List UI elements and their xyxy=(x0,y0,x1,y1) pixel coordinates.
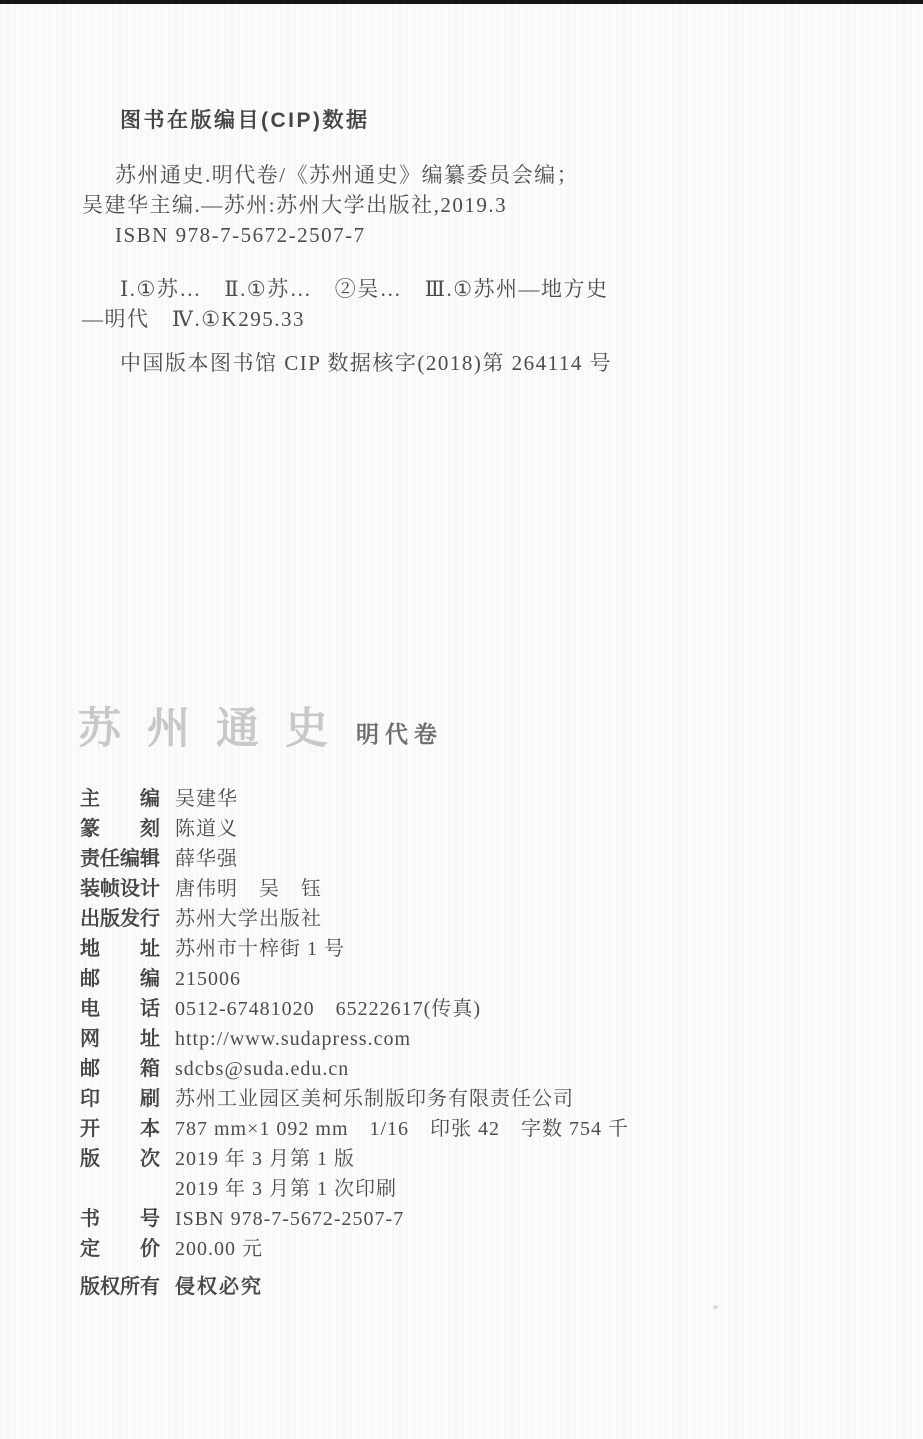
cip-entry-line: 苏州通史.明代卷/《苏州通史》编纂委员会编； xyxy=(82,160,722,190)
row-label: 篆 刻 xyxy=(80,816,175,842)
cip-entry-line: 吴建华主编.—苏州:苏州大学出版社,2019.3 xyxy=(82,190,722,220)
copyright-notice: 版权所有 侵权必究 xyxy=(80,1274,800,1304)
page-top-edge xyxy=(0,0,923,4)
row-label: 地 址 xyxy=(80,936,175,962)
cip-record-number: 中国版本图书馆 CIP 数据核字(2018)第 264114 号 xyxy=(120,348,722,378)
cip-entry: 苏州通史.明代卷/《苏州通史》编纂委员会编； 吴建华主编.—苏州:苏州大学出版社… xyxy=(82,160,722,250)
row-label: 责任编辑 xyxy=(80,846,175,872)
row-value: 2019 年 3 月第 1 版 xyxy=(175,1146,355,1173)
row-value: 787 mm×1 092 mm 1/16 印张 42 字数 754 千 xyxy=(175,1116,629,1143)
row-value: 苏州工业园区美柯乐制版印务有限责任公司 xyxy=(175,1086,574,1113)
row-value: sdcbs@suda.edu.cn xyxy=(175,1056,349,1083)
book-volume: 明代卷 xyxy=(356,716,443,754)
book-copyright-page: 图书在版编目(CIP)数据 苏州通史.明代卷/《苏州通史》编纂委员会编； 吴建华… xyxy=(0,0,923,1439)
row-label: 装帧设计 xyxy=(80,876,175,902)
row-value: 2019 年 3 月第 1 次印刷 xyxy=(175,1176,397,1203)
colophon-row-printing: 2019 年 3 月第 1 次印刷 xyxy=(80,1176,800,1206)
cip-classification: Ⅰ.①苏… Ⅱ.①苏… ②吴… Ⅲ.①苏州—地方史 —明代 Ⅳ.①K295.33 xyxy=(82,274,722,334)
row-value: 苏州大学出版社 xyxy=(175,906,322,933)
colophon-row-website: 网 址 http://www.sudapress.com xyxy=(80,1026,800,1056)
colophon-row-edition: 版 次 2019 年 3 月第 1 版 xyxy=(80,1146,800,1176)
row-value: 215006 xyxy=(175,966,241,993)
row-label: 开 本 xyxy=(80,1116,175,1142)
colophon-row-address: 地 址 苏州市十梓街 1 号 xyxy=(80,936,800,966)
scan-speck xyxy=(713,1305,718,1309)
copyright-label: 版权所有 xyxy=(80,1274,175,1300)
row-value: 陈道义 xyxy=(175,816,238,843)
colophon-row-isbn: 书 号 ISBN 978-7-5672-2507-7 xyxy=(80,1206,800,1236)
colophon-row-postcode: 邮 编 215006 xyxy=(80,966,800,996)
row-value: 苏州市十梓街 1 号 xyxy=(175,936,345,963)
row-label: 书 号 xyxy=(80,1206,175,1232)
colophon-list: 主 编 吴建华 篆 刻 陈道义 责任编辑 薛华强 装帧设计 唐伟明 吴 钰 出版… xyxy=(80,786,800,1304)
cip-block: 图书在版编目(CIP)数据 苏州通史.明代卷/《苏州通史》编纂委员会编； 吴建华… xyxy=(82,106,722,378)
copyright-value: 侵权必究 xyxy=(175,1274,263,1301)
row-label: 电 话 xyxy=(80,996,175,1022)
colophon-row-chief-editor: 主 编 吴建华 xyxy=(80,786,800,816)
colophon-row-telephone: 电 话 0512-67481020 65222617(传真) xyxy=(80,996,800,1026)
row-label: 定 价 xyxy=(80,1236,175,1262)
cip-entry-isbn: ISBN 978-7-5672-2507-7 xyxy=(82,220,722,250)
row-label: 主 编 xyxy=(80,786,175,812)
colophon-row-email: 邮 箱 sdcbs@suda.edu.cn xyxy=(80,1056,800,1086)
colophon-row-publisher: 出版发行 苏州大学出版社 xyxy=(80,906,800,936)
row-value: 200.00 元 xyxy=(175,1236,263,1263)
cip-class-line: —明代 Ⅳ.①K295.33 xyxy=(82,304,722,334)
row-value: 0512-67481020 65222617(传真) xyxy=(175,996,481,1023)
colophon-row-printer: 印 刷 苏州工业园区美柯乐制版印务有限责任公司 xyxy=(80,1086,800,1116)
colophon-row-seal-carving: 篆 刻 陈道义 xyxy=(80,816,800,846)
row-value: ISBN 978-7-5672-2507-7 xyxy=(175,1206,404,1233)
colophon-row-design: 装帧设计 唐伟明 吴 钰 xyxy=(80,876,800,906)
row-value: http://www.sudapress.com xyxy=(175,1026,411,1053)
row-label: 版 次 xyxy=(80,1146,175,1172)
cip-heading: 图书在版编目(CIP)数据 xyxy=(120,106,722,136)
colophon-row-price: 定 价 200.00 元 xyxy=(80,1236,800,1266)
cip-class-line: Ⅰ.①苏… Ⅱ.①苏… ②吴… Ⅲ.①苏州—地方史 xyxy=(82,274,722,304)
book-title: 苏州通史 xyxy=(78,706,354,754)
row-label: 邮 箱 xyxy=(80,1056,175,1082)
row-value: 吴建华 xyxy=(175,786,238,813)
book-title-block: 苏州通史 明代卷 xyxy=(78,706,443,754)
colophon-row-format: 开 本 787 mm×1 092 mm 1/16 印张 42 字数 754 千 xyxy=(80,1116,800,1146)
row-value: 唐伟明 吴 钰 xyxy=(175,876,322,903)
row-value: 薛华强 xyxy=(175,846,238,873)
colophon-row-responsible-editor: 责任编辑 薛华强 xyxy=(80,846,800,876)
row-label: 邮 编 xyxy=(80,966,175,992)
row-label: 出版发行 xyxy=(80,906,175,932)
row-label: 印 刷 xyxy=(80,1086,175,1112)
row-label: 网 址 xyxy=(80,1026,175,1052)
